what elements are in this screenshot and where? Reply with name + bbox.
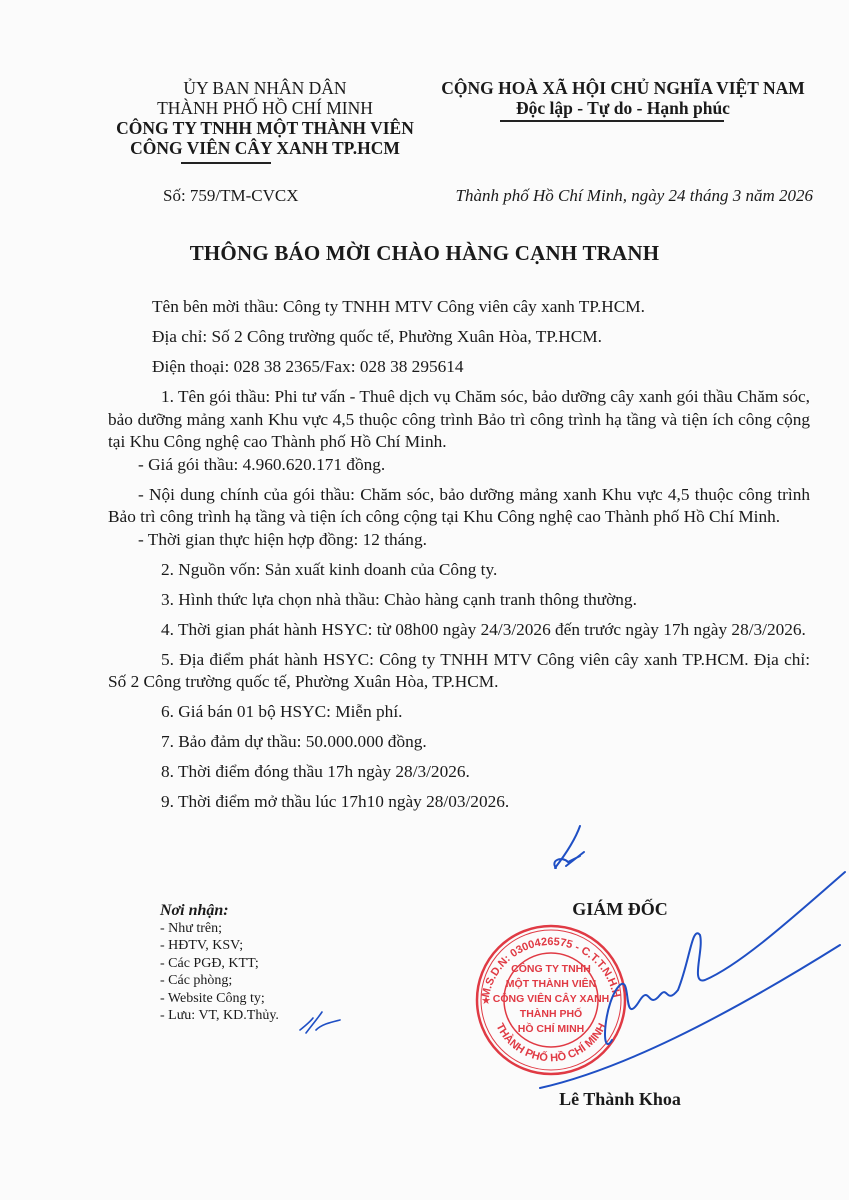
item-9: 9. Thời điểm mở thầu lúc 17h10 ngày 28/0…	[108, 791, 810, 814]
national-title: CỘNG HOÀ XÃ HỘI CHỦ NGHĨA VIỆT NAM	[418, 78, 828, 98]
document-number: Số: 759/TM-CVCX	[163, 186, 299, 206]
item-price: - Giá gói thầu: 4.960.620.171 đồng.	[108, 454, 810, 477]
handwritten-signature-icon	[300, 826, 845, 1088]
svg-text:CÔNG TY TNHH: CÔNG TY TNHH	[511, 962, 591, 975]
svg-text:★: ★	[481, 995, 491, 1007]
item-5: 5. Địa điểm phát hành HSYC: Công ty TNHH…	[108, 649, 810, 694]
svg-text:CÔNG VIÊN CÂY XANH: CÔNG VIÊN CÂY XANH	[493, 992, 610, 1005]
address-line: Địa chỉ: Số 2 Công trường quốc tế, Phườn…	[108, 326, 810, 349]
item-2: 2. Nguồn vốn: Sản xuất kinh doanh của Cô…	[108, 559, 810, 582]
recipient-item: - HĐTV, KSV;	[160, 937, 279, 955]
recipient-item: - Các phòng;	[160, 972, 279, 990]
item-6: 6. Giá bán 01 bộ HSYC: Miễn phí.	[108, 701, 810, 724]
document-title: THÔNG BÁO MỜI CHÀO HÀNG CẠNH TRANH	[0, 241, 849, 266]
svg-text:THÀNH PHỐ HỒ CHÍ MINH: THÀNH PHỐ HỒ CHÍ MINH	[493, 1021, 608, 1064]
issuer-company-name: CÔNG VIÊN CÂY XANH TP.HCM	[95, 138, 435, 158]
issuer-company: CÔNG TY TNHH MỘT THÀNH VIÊN	[95, 118, 435, 138]
svg-text:HỒ CHÍ MINH: HỒ CHÍ MINH	[518, 1022, 585, 1035]
inviter-line: Tên bên mời thầu: Công ty TNHH MTV Công …	[108, 296, 810, 319]
signer-name: Lê Thành Khoa	[520, 1089, 720, 1110]
national-motto: Độc lập - Tự do - Hạnh phúc	[418, 98, 828, 118]
issuer-underline	[181, 162, 271, 164]
item-content: - Nội dung chính của gói thầu: Chăm sóc,…	[108, 484, 810, 529]
signer-position: GIÁM ĐỐC	[520, 899, 720, 920]
svg-text:THÀNH PHỐ: THÀNH PHỐ	[520, 1006, 582, 1020]
national-header: CỘNG HOÀ XÃ HỘI CHỦ NGHĨA VIỆT NAM Độc l…	[418, 78, 828, 118]
phone-line: Điện thoại: 028 38 2365/Fax: 028 38 2956…	[108, 356, 810, 379]
document-body: Tên bên mời thầu: Công ty TNHH MTV Công …	[108, 296, 810, 814]
company-stamp-icon: M.S.D.N: 0300426575 - C.T.T.N.H.H THÀNH …	[477, 926, 625, 1074]
recipient-item: - Như trên;	[160, 920, 279, 938]
recipient-item: - Lưu: VT, KD.Thủy.	[160, 1007, 279, 1025]
item-1: 1. Tên gói thầu: Phi tư vấn - Thuê dịch …	[108, 386, 810, 454]
item-duration: - Thời gian thực hiện hợp đồng: 12 tháng…	[108, 529, 810, 552]
recipients-block: Nơi nhận: - Như trên; - HĐTV, KSV; - Các…	[160, 902, 279, 1025]
item-3: 3. Hình thức lựa chọn nhà thầu: Chào hàn…	[108, 589, 810, 612]
document-date: Thành phố Hồ Chí Minh, ngày 24 tháng 3 n…	[456, 186, 813, 206]
recipient-item: - Website Công ty;	[160, 990, 279, 1008]
svg-text:M.S.D.N: 0300426575 - C.T.T.N.: M.S.D.N: 0300426575 - C.T.T.N.H.H	[480, 936, 622, 999]
issuer-header: ỦY BAN NHÂN DÂN THÀNH PHỐ HỒ CHÍ MINH CÔ…	[95, 78, 435, 158]
issuer-authority: ỦY BAN NHÂN DÂN	[95, 78, 435, 98]
item-4: 4. Thời gian phát hành HSYC: từ 08h00 ng…	[108, 619, 810, 642]
item-8: 8. Thời điểm đóng thầu 17h ngày 28/3/202…	[108, 761, 810, 784]
motto-underline	[500, 120, 724, 122]
recipient-item: - Các PGĐ, KTT;	[160, 955, 279, 973]
item-7: 7. Bảo đảm dự thầu: 50.000.000 đồng.	[108, 731, 810, 754]
recipients-heading: Nơi nhận:	[160, 902, 279, 920]
issuer-city: THÀNH PHỐ HỒ CHÍ MINH	[95, 98, 435, 118]
svg-text:MỘT THÀNH VIÊN: MỘT THÀNH VIÊN	[506, 977, 596, 990]
